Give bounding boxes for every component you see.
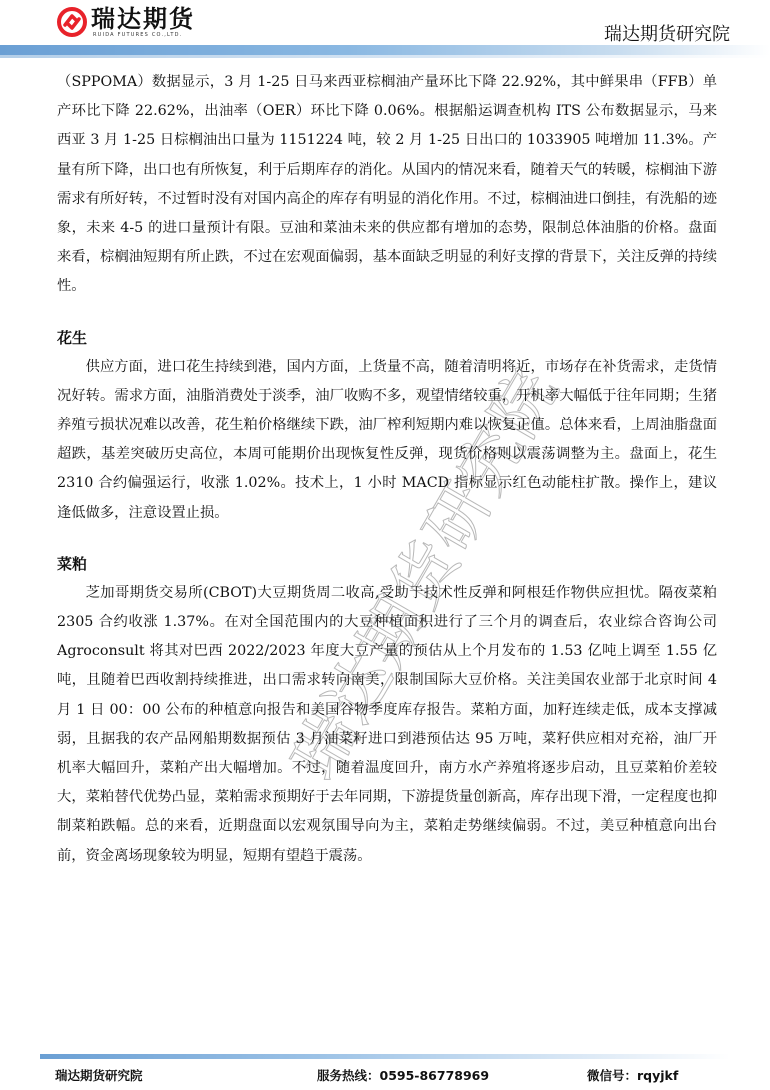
footer-divider (40, 1054, 730, 1059)
section-title: 菜粕 (57, 550, 717, 579)
company-logo: 瑞达期货 RUIDA FUTURES CO.,LTD. (57, 6, 195, 39)
header-title: 瑞达期货研究院 (604, 20, 730, 46)
footer-wechat: 微信号：rqyjkf (587, 1066, 678, 1084)
footer-hotline: 服务热线：0595-86778969 (317, 1066, 489, 1084)
header-divider-light (0, 55, 770, 58)
logo-en-text: RUIDA FUTURES CO.,LTD. (93, 32, 195, 39)
paragraph: （SPPOMA）数据显示，3 月 1-25 日马来西亚棕榈油产量环比下降 22.… (57, 68, 717, 302)
section-title: 花生 (57, 324, 717, 353)
section-palm-oil: （SPPOMA）数据显示，3 月 1-25 日马来西亚棕榈油产量环比下降 22.… (57, 68, 717, 302)
ruida-logo-icon (57, 7, 87, 37)
paragraph: 芝加哥期货交易所(CBOT)大豆期货周二收高,受助于技术性反弹和阿根廷作物供应担… (57, 579, 717, 871)
header-divider (0, 45, 770, 55)
footer-org: 瑞达期货研究院 (55, 1066, 143, 1084)
logo-cn-text: 瑞达期货 (91, 6, 195, 32)
document-body: （SPPOMA）数据显示，3 月 1-25 日马来西亚棕榈油产量环比下降 22.… (57, 68, 717, 871)
page-header: 瑞达期货 RUIDA FUTURES CO.,LTD. 瑞达期货研究院 (0, 0, 770, 60)
section-rapeseed-meal: 菜粕 芝加哥期货交易所(CBOT)大豆期货周二收高,受助于技术性反弹和阿根廷作物… (57, 550, 717, 871)
paragraph: 供应方面，进口花生持续到港，国内方面，上货量不高，随着清明将近，市场存在补货需求… (57, 353, 717, 528)
section-peanut: 花生 供应方面，进口花生持续到港，国内方面，上货量不高，随着清明将近，市场存在补… (57, 324, 717, 528)
